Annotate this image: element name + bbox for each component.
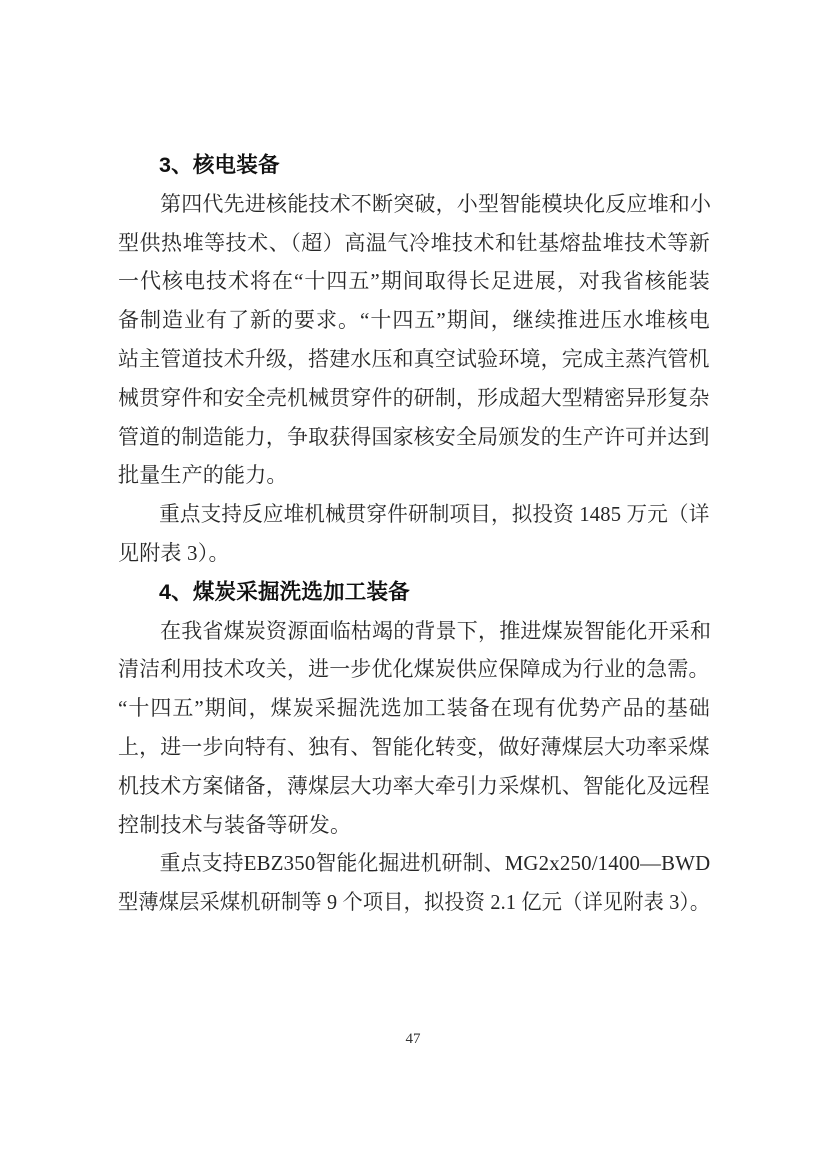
text-line: 械贯穿件和安全壳机械贯穿件的研制，形成超大型精密异形复杂: [118, 379, 708, 418]
text-line: 站主管道技术升级，搭建水压和真空试验环境，完成主蒸汽管机: [118, 340, 708, 379]
text-line: 在我省煤炭资源面临枯竭的背景下，推进煤炭智能化开采和: [118, 612, 710, 651]
text-line: 型供热堆等技术、（超）高温气冷堆技术和钍基熔盐堆技术等新: [118, 224, 710, 263]
text-line: 批量生产的能力。: [118, 456, 710, 495]
document-body: 3、核电装备 第四代先进核能技术不断突破，小型智能模块化反应堆和小 型供热堆等技…: [118, 146, 710, 922]
text-line: 控制技术与装备等研发。: [118, 806, 710, 845]
text-line: 机技术方案储备，薄煤层大功率大牵引力采煤机、智能化及远程: [118, 767, 708, 806]
text-line: 管道的制造能力，争取获得国家核安全局颁发的生产许可并达到: [118, 418, 708, 457]
text-line: 清洁利用技术攻关，进一步优化煤炭供应保障成为行业的急需。: [118, 650, 708, 689]
text-line: 备制造业有了新的要求。“十四五”期间，继续推进压水堆核电: [118, 301, 710, 340]
text-line: 一代核电技术将在“十四五”期间取得长足进展，对我省核能装: [118, 262, 710, 301]
text-line: 上，进一步向特有、独有、智能化转变，做好薄煤层大功率采煤: [118, 728, 708, 767]
section-3-heading: 3、核电装备: [118, 146, 710, 185]
text-line: “十四五”期间，煤炭采掘洗选加工装备在现有优势产品的基础: [118, 689, 710, 728]
section-4-heading: 4、煤炭采掘洗选加工装备: [118, 573, 710, 612]
text-line: 型薄煤层采煤机研制等 9 个项目，拟投资 2.1 亿元（详见附表 3）。: [118, 883, 687, 922]
text-line: 重点支持反应堆机械贯穿件研制项目，拟投资 1485 万元（详: [118, 495, 697, 534]
text-line: 重点支持EBZ350智能化掘进机研制、MG2x250/1400—BWD: [118, 844, 705, 883]
text-line: 见附表 3）。: [118, 534, 710, 573]
text-line: 第四代先进核能技术不断突破，小型智能模块化反应堆和小: [118, 185, 710, 224]
page-number: 47: [0, 1029, 826, 1049]
document-page: 3、核电装备 第四代先进核能技术不断突破，小型智能模块化反应堆和小 型供热堆等技…: [0, 0, 826, 1169]
